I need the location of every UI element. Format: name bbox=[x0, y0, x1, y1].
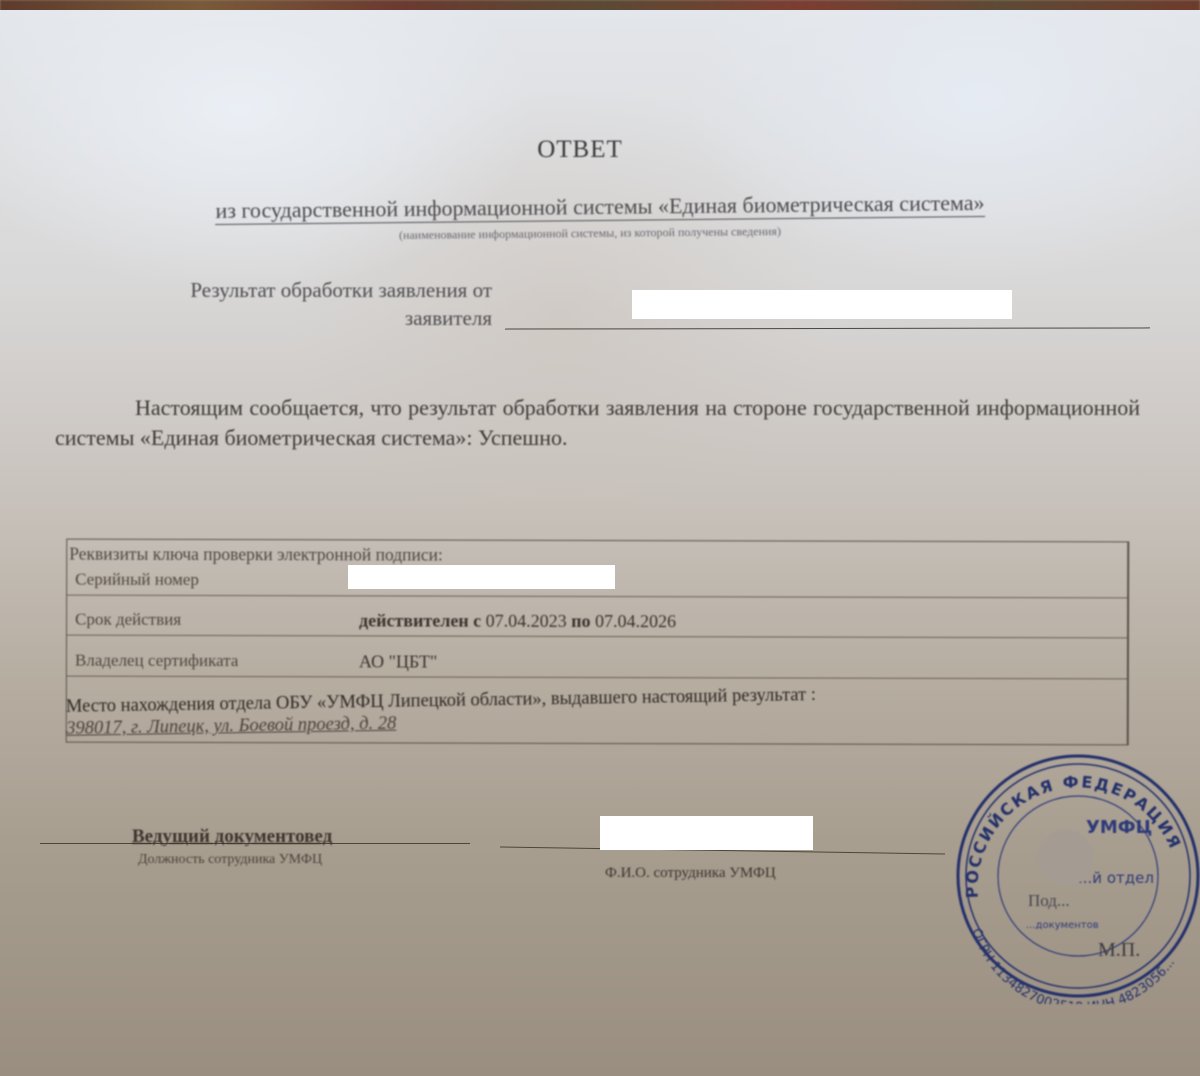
system-caption: (наименование информационной системы, из… bbox=[200, 222, 980, 245]
document-paper: ОТВЕТ из государственной информационной … bbox=[0, 10, 1200, 1076]
document-title: ОТВЕТ bbox=[0, 136, 1160, 164]
serial-number-redaction bbox=[348, 565, 615, 589]
position-caption: Должность сотрудника УМФЦ bbox=[138, 852, 322, 868]
validity-value: действителен с 07.04.2023 по 07.04.2026 bbox=[359, 610, 676, 632]
result-body-text: Настоящим сообщается, что результат обра… bbox=[55, 395, 1140, 450]
row-divider bbox=[67, 635, 1127, 639]
row-divider bbox=[67, 676, 1127, 680]
signature-key-heading: Реквизиты ключа проверки электронной под… bbox=[69, 544, 443, 566]
stamp-emblem-blur bbox=[1038, 830, 1094, 886]
result-label-line2: заявителя bbox=[100, 304, 492, 332]
employee-position: Ведущий документовед bbox=[132, 826, 332, 848]
applicant-underline bbox=[505, 327, 1150, 329]
official-stamp: РОССИЙСКАЯ ФЕДЕРАЦИЯ ОГРН 1134827002518 … bbox=[948, 738, 1200, 1004]
system-name-text: из государственной информационной систем… bbox=[215, 190, 984, 225]
valid-from: 07.04.2023 bbox=[486, 611, 567, 631]
serial-number-label: Серийный номер bbox=[75, 570, 199, 590]
validity-prefix: действителен с bbox=[359, 610, 481, 630]
fio-caption: Ф.И.О. сотрудника УМФЦ bbox=[605, 865, 776, 882]
validity-label: Срок действия bbox=[75, 610, 181, 630]
certificate-owner-value: АО "ЦБТ" bbox=[359, 651, 437, 672]
stamp-center-title: УМФЦ bbox=[1086, 817, 1152, 838]
stamp-line-3: ...документов bbox=[1026, 920, 1099, 931]
system-name: из государственной информационной систем… bbox=[110, 189, 1090, 225]
stamp-line-2: Под... bbox=[1028, 891, 1070, 910]
applicant-name-redaction bbox=[632, 290, 1012, 319]
result-body: Настоящим сообщается, что результат обра… bbox=[55, 393, 1140, 453]
seal-mark: М.П. bbox=[1098, 939, 1140, 961]
certificate-owner-label: Владелец сертификата bbox=[75, 651, 239, 671]
employee-name-redaction bbox=[600, 816, 813, 850]
result-label-line1: Результат обработки заявления от bbox=[100, 276, 492, 304]
result-label: Результат обработки заявления от заявите… bbox=[100, 276, 492, 332]
row-divider bbox=[67, 595, 1127, 599]
valid-to: 07.04.2026 bbox=[595, 611, 676, 631]
validity-mid: по bbox=[571, 611, 590, 631]
